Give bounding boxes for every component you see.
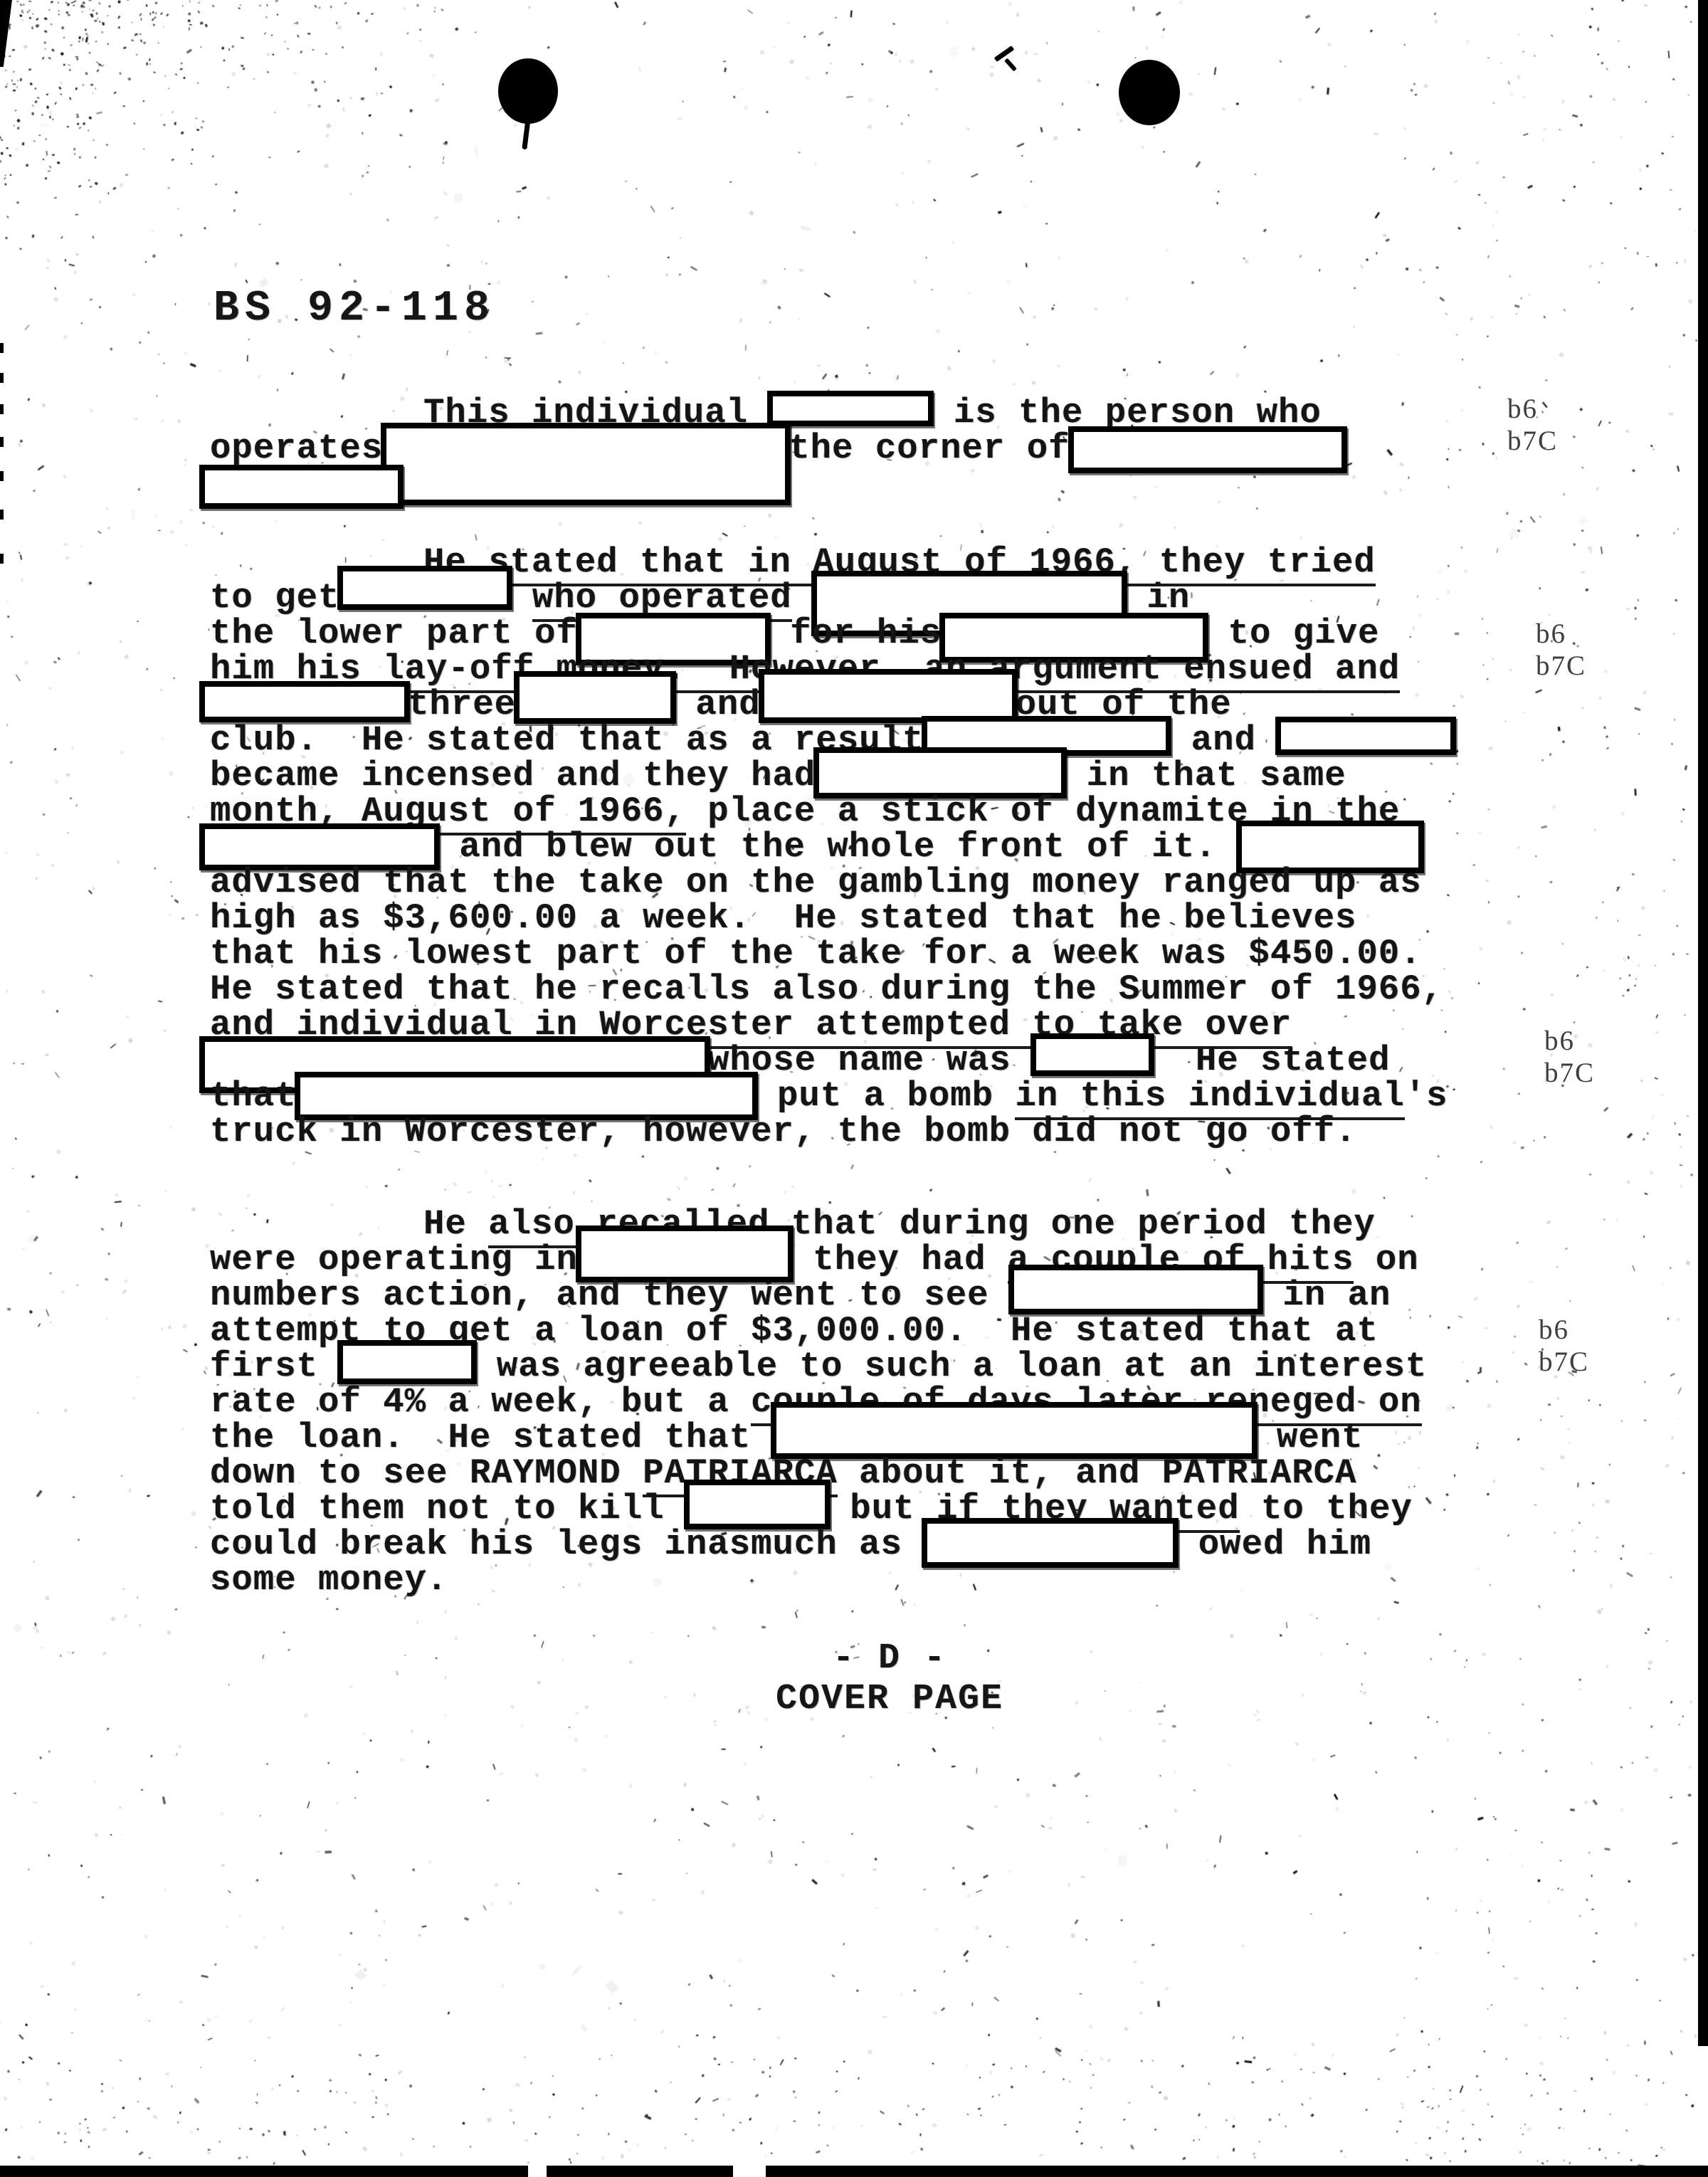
document-line: that his lowest part of the take for a w… <box>210 936 1422 971</box>
document-line: the loan. He stated that went <box>210 1420 1364 1455</box>
text-run: they had <box>791 1240 1008 1280</box>
redaction-box <box>769 395 932 431</box>
redaction-box-fill <box>514 671 676 724</box>
document-line: high as $3,600.00 a week. He stated that… <box>210 900 1356 936</box>
text-run: for his <box>769 613 942 653</box>
text-run: some money. <box>210 1560 448 1600</box>
document-line: numbers action, and they went to see in … <box>210 1277 1391 1313</box>
page-footer: - D - COVER PAGE <box>719 1638 1060 1719</box>
text-run: that <box>210 1076 297 1116</box>
text-run: the loan. He stated that <box>210 1418 773 1458</box>
text-run: 's <box>1405 1076 1448 1116</box>
redaction-box-fill <box>199 465 404 509</box>
exemption-code: b6 <box>1507 393 1558 425</box>
exemption-code-annotation: b6b7C <box>1539 1314 1589 1378</box>
document-line: the lower part of for his to give <box>210 616 1379 651</box>
document-line: told them not to kill but if they wanted… <box>210 1491 1413 1527</box>
text-run: to get <box>210 578 339 618</box>
redaction-box <box>578 616 769 651</box>
redaction-box-fill <box>759 669 1018 723</box>
typewritten-text-layer: BS 92-118 This individual is the person … <box>0 0 1708 2177</box>
document-line <box>201 466 401 502</box>
text-run: operates <box>210 428 383 468</box>
case-id-header: BS 92-118 <box>213 285 495 333</box>
document-line: first was agreeable to such a loan at an… <box>210 1349 1427 1384</box>
redaction-box-fill <box>1030 1033 1154 1076</box>
text-run: told them not to kill <box>210 1489 686 1529</box>
text-run: the lower part of <box>210 613 578 653</box>
redaction-box <box>924 1527 1176 1562</box>
text-run: rate of 4% a week, but a <box>210 1382 751 1422</box>
text-run: about it, and PATRIARCA <box>838 1453 1357 1493</box>
redaction-box <box>816 758 1065 794</box>
text-run <box>792 578 813 618</box>
redaction-box <box>297 1078 756 1114</box>
document-line: to get who operated in <box>210 580 1190 616</box>
text-run: first <box>210 1346 339 1386</box>
redaction-box <box>1011 1277 1261 1313</box>
document-line: became incensed and they had in that sam… <box>210 758 1346 794</box>
text-run: and <box>674 685 761 724</box>
document-line: could break his legs inasmuch as owed hi… <box>210 1527 1371 1562</box>
text-run: high as $3,600.00 a week. He stated that… <box>210 898 1356 938</box>
document-line: He stated that he recalls also during th… <box>210 971 1443 1007</box>
redaction-box-fill <box>576 1225 794 1282</box>
text-run: and <box>1169 720 1277 760</box>
text-run: was agreeable to such a loan at an inter… <box>475 1346 1427 1386</box>
exemption-code: b7C <box>1544 1057 1595 1089</box>
text-run: to they <box>1240 1489 1413 1529</box>
redaction-box-fill <box>767 391 934 426</box>
redaction-box <box>686 1491 828 1527</box>
text-run: put a bomb <box>756 1076 1016 1116</box>
footer-cover-page-label: COVER PAGE <box>719 1679 1060 1719</box>
text-run: He <box>423 1204 488 1244</box>
exemption-code: b7C <box>1536 650 1586 682</box>
document-line: advised that the take on the gambling mo… <box>210 865 1422 900</box>
document-line: He also recalled that during one period … <box>423 1206 1376 1242</box>
text-run: He stated that he recalls also during th… <box>210 969 1443 1009</box>
redaction-box <box>339 1349 475 1384</box>
redaction-box <box>1033 1043 1152 1078</box>
text-run: could break his legs inasmuch as <box>210 1524 924 1564</box>
text-run: owed him <box>1176 1524 1371 1564</box>
redaction-box <box>383 431 789 466</box>
redaction-box-fill <box>1068 426 1347 473</box>
redaction-box <box>1277 722 1454 758</box>
text-run: advised that the take on the gambling mo… <box>210 863 1422 902</box>
text-run: and blew out the whole front of it. <box>438 827 1238 867</box>
exemption-code: b6 <box>1544 1025 1595 1057</box>
exemption-code: b7C <box>1539 1346 1589 1378</box>
redaction-box <box>942 616 1206 651</box>
redaction-box <box>773 1420 1255 1455</box>
text-run: numbers action, and they went to see <box>210 1275 1011 1315</box>
redaction-box <box>516 687 674 722</box>
exemption-code: b7C <box>1507 425 1558 457</box>
document-line: and blew out the whole front of it. <box>201 829 1422 865</box>
document-line: truck in Worcester, however, the bomb di… <box>210 1114 1356 1149</box>
redaction-box <box>813 580 1125 616</box>
redaction-box <box>339 580 510 616</box>
text-run <box>510 578 532 618</box>
text-run: He stated <box>1152 1040 1390 1080</box>
text-run: down to see RAYMOND <box>210 1453 643 1493</box>
text-run: went <box>1255 1418 1364 1458</box>
document-line: operatesthe corner of <box>210 431 1345 466</box>
text-run: the corner of <box>789 428 1070 468</box>
redaction-box-fill <box>381 423 791 505</box>
redaction-box <box>1238 829 1422 865</box>
exemption-code-annotation: b6b7C <box>1507 393 1558 457</box>
redaction-box <box>201 687 408 722</box>
exemption-code-annotation: b6b7C <box>1544 1025 1595 1089</box>
text-run: in <box>1125 578 1190 618</box>
redaction-box <box>201 829 438 865</box>
exemption-code: b6 <box>1539 1314 1589 1346</box>
redaction-box-fill <box>337 1340 477 1384</box>
redaction-box-fill <box>199 681 410 722</box>
redaction-box-fill <box>771 1402 1258 1459</box>
footer-section-marker: - D - <box>719 1638 1060 1679</box>
text-run: became incensed and they had <box>210 756 816 796</box>
redaction-box <box>1070 431 1345 466</box>
exemption-code: b6 <box>1536 618 1586 650</box>
text-run: on <box>1354 1240 1418 1280</box>
redaction-box <box>201 466 401 502</box>
redaction-box-fill <box>337 566 512 610</box>
text-run: in an <box>1261 1275 1391 1315</box>
exemption-code-annotation: b6b7C <box>1536 618 1586 682</box>
text-run: to give <box>1206 613 1379 653</box>
text-run: three <box>408 685 516 724</box>
redaction-box-fill <box>922 1518 1179 1568</box>
redaction-box-fill <box>1275 717 1456 755</box>
text-run: but <box>828 1489 937 1529</box>
text-run: were operating in <box>210 1240 578 1280</box>
redaction-box-fill <box>1008 1265 1263 1314</box>
text-run: that during one period they <box>769 1204 1375 1244</box>
text-run: truck in Worcester, however, the bomb di… <box>210 1112 1356 1151</box>
text-run: in that same <box>1065 756 1346 796</box>
scanned-document-page: BS 92-118 This individual is the person … <box>0 0 1708 2177</box>
document-line: that put a bomb in this individual's <box>210 1078 1448 1114</box>
text-run: that his lowest part of the take for a w… <box>210 934 1422 974</box>
document-line: some money. <box>210 1562 448 1598</box>
redaction-box <box>578 1242 791 1277</box>
redaction-box-fill <box>684 1480 831 1529</box>
